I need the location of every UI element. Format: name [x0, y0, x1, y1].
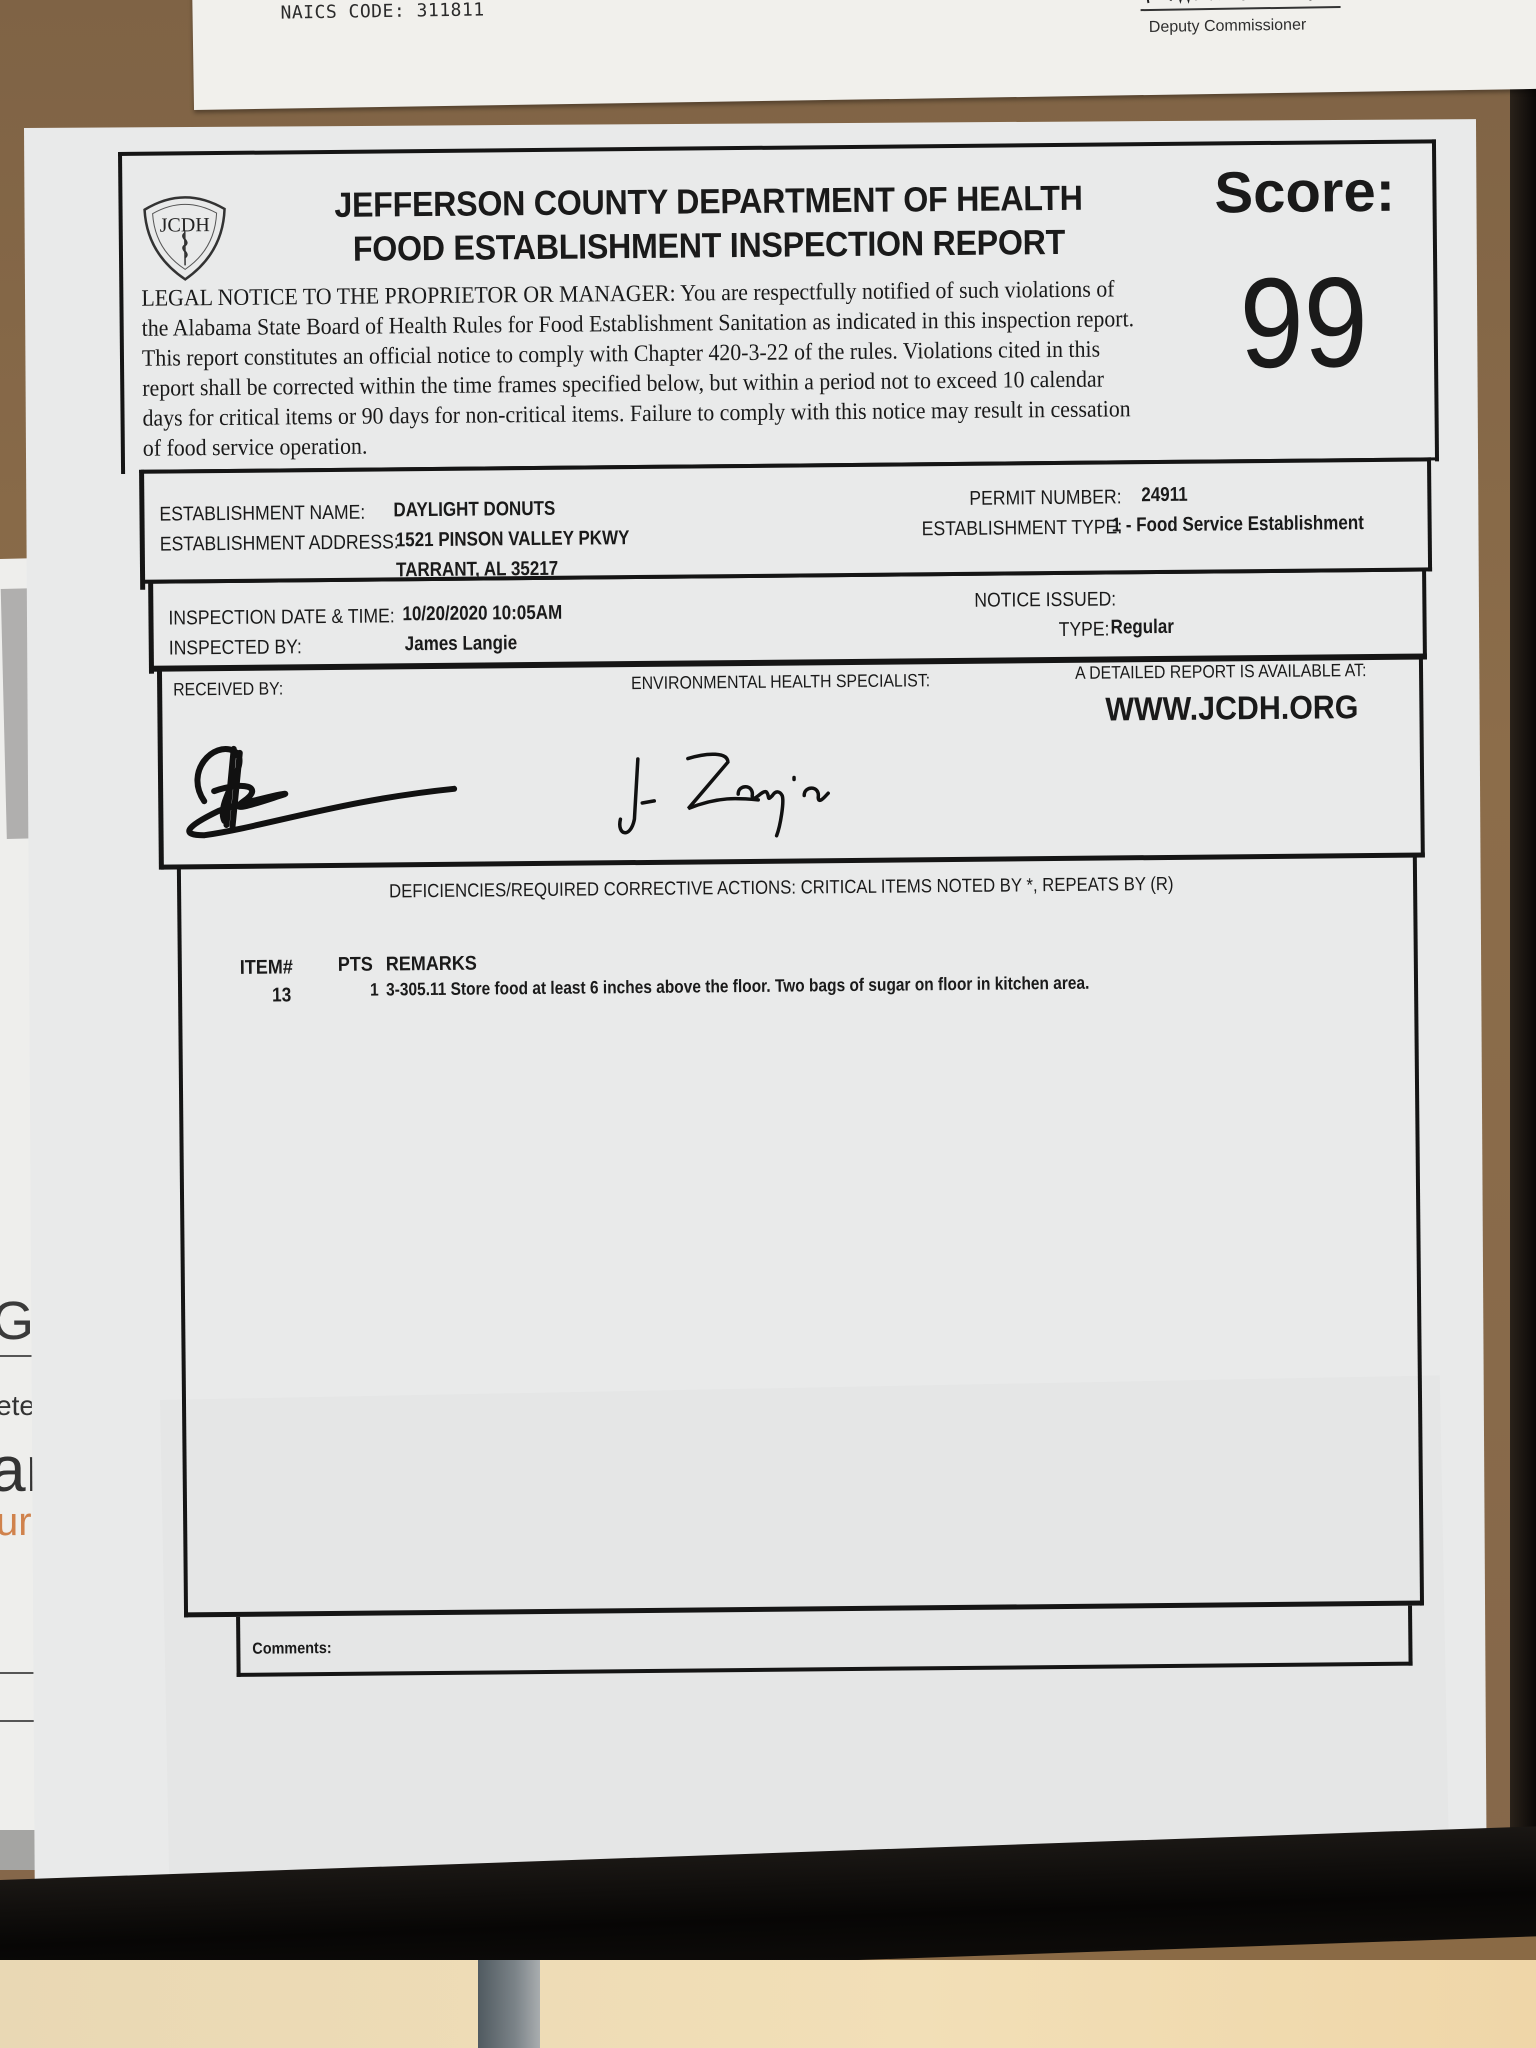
inspector-name: James Langie — [405, 632, 518, 656]
comments-label: Comments: — [252, 1640, 331, 1659]
signatory-title: Deputy Commissioner — [1149, 17, 1307, 37]
notice-issued-label: NOTICE ISSUED: — [974, 588, 1116, 612]
health-specialist-label: ENVIRONMENTAL HEALTH SPECIALIST: — [631, 670, 930, 694]
wall-background — [0, 1960, 1536, 2048]
inspection-type-label: TYPE: — [1059, 619, 1110, 642]
item-number: 13 — [272, 984, 291, 1007]
establishment-type: 1 - Food Service Establishment — [1112, 512, 1364, 537]
permit-number-label: PERMIT NUMBER: — [969, 486, 1121, 510]
jcdh-website-link[interactable]: WWW.JCDH.ORG — [1105, 688, 1358, 728]
permit-number: 24911 — [1141, 484, 1188, 507]
establishment-address-line1: 1521 PINSON VALLEY PKWY — [396, 527, 630, 552]
specialist-signature — [608, 736, 909, 854]
inspected-by-label: INSPECTED BY: — [169, 636, 302, 660]
jcdh-seal-icon: JCDH — [138, 187, 231, 284]
legal-notice: LEGAL NOTICE TO THE PROPRIETOR OR MANAGE… — [141, 274, 1147, 464]
commissioner-signature — [1140, 0, 1341, 11]
inspection-type: Regular — [1111, 616, 1175, 640]
frame-edge-right — [1510, 0, 1536, 1900]
frame-stand — [478, 1960, 540, 2048]
score-value: 99 — [1239, 258, 1368, 389]
item-points: 1 — [370, 980, 379, 1001]
column-header-pts: PTS — [338, 954, 373, 977]
establishment-address-label: ESTABLISHMENT ADDRESS: — [160, 531, 399, 556]
establishment-address-line2: TARRANT, AL 35217 — [396, 558, 558, 583]
establishment-name-label: ESTABLISHMENT NAME: — [159, 502, 365, 527]
establishment-type-label: ESTABLISHMENT TYPE: — [922, 516, 1123, 541]
certificate-fragment: G — [0, 1290, 34, 1352]
report-title: JEFFERSON COUNTY DEPARTMENT OF HEALTH FO… — [313, 177, 1105, 273]
column-header-item: ITEM# — [240, 956, 293, 980]
receiver-signature — [174, 729, 475, 847]
received-by-label: RECEIVED BY: — [173, 678, 283, 700]
score-label: Score: — [1214, 158, 1395, 227]
inspection-report-form: JCDH JEFFERSON COUNTY DEPARTMENT OF HEAL… — [118, 139, 1453, 1700]
column-header-remarks: REMARKS — [386, 953, 477, 977]
comments-box — [236, 1606, 1413, 1677]
inspection-date-label: INSPECTION DATE & TIME: — [168, 605, 394, 630]
report-available-label: A DETAILED REPORT IS AVAILABLE AT: — [1075, 660, 1367, 684]
establishment-name: DAYLIGHT DONUTS — [393, 498, 555, 523]
naics-code: NAICS CODE: 311811 — [280, 0, 484, 24]
inspection-date-time: 10/20/2020 10:05AM — [402, 602, 562, 627]
